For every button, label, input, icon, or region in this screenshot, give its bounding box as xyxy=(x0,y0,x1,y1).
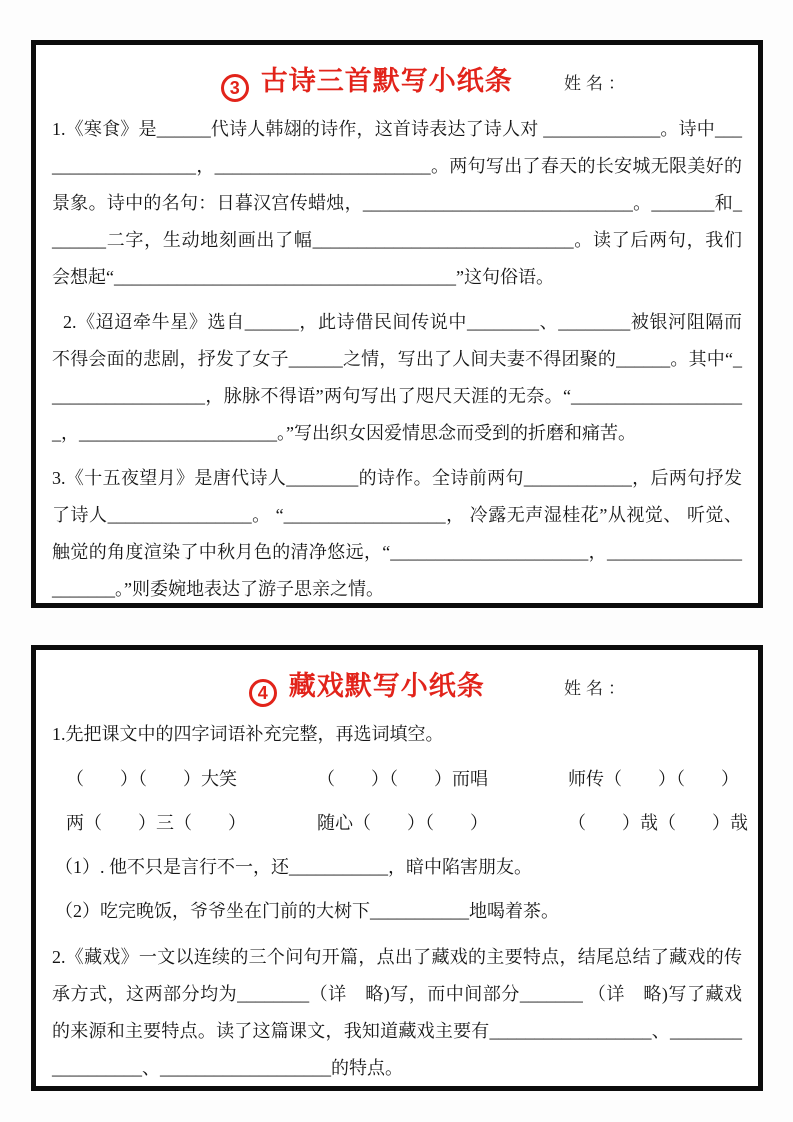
circled-number-3-badge: 3 xyxy=(221,74,249,102)
poems-title-text: 古诗三首默写小纸条 xyxy=(261,66,513,96)
section-opera-quiz: 4 藏戏默写小纸条 姓名： 1.先把课文中的四字词语补充完整，再选词填空。 （ … xyxy=(31,645,763,1091)
section-poems-quiz: 3 古诗三首默写小纸条 姓名： 1.《寒食》是______代诗人韩翃的诗作，这首… xyxy=(31,40,763,608)
word-blank-shi-chuan: 师传（ ）（ ） xyxy=(568,757,739,801)
opera-header: 4 藏戏默写小纸条 姓名： xyxy=(52,662,742,708)
word-blank-sui-xin: 随心（ ）（ ） xyxy=(317,801,568,845)
opera-subquestion-2: （2）吃完晚饭，爷爷坐在门前的大树下___________地喝着茶。 xyxy=(52,889,742,933)
opera-question-1-intro: 1.先把课文中的四字词语补充完整，再选词填空。 xyxy=(52,716,742,753)
poems-name-label: 姓名： xyxy=(564,69,630,94)
word-blank-da-xiao: （ ）（ ）大笑 xyxy=(66,757,317,801)
word-blank-er-chang: （ ）（ ）而唱 xyxy=(317,757,568,801)
circled-number-4-badge: 4 xyxy=(249,679,277,707)
opera-title-text: 藏戏默写小纸条 xyxy=(289,671,485,701)
word-blank-zai-zai: （ ）哉（ ）哉 xyxy=(568,801,748,845)
poems-header: 3 古诗三首默写小纸条 姓名： xyxy=(52,57,742,103)
opera-name-label: 姓名： xyxy=(564,674,630,699)
word-fill-row-1: （ ）（ ）大笑 （ ）（ ）而唱 师传（ ）（ ） xyxy=(52,757,742,801)
poems-question-3: 3.《十五夜望月》是唐代诗人________的诗作。全诗前两句_________… xyxy=(52,460,742,608)
poems-question-1: 1.《寒食》是______代诗人韩翃的诗作，这首诗表达了诗人对 ________… xyxy=(52,111,742,296)
opera-subquestion-1: （1）. 他不只是言行不一，还___________，暗中陷害朋友。 xyxy=(52,845,742,889)
word-blank-liang-san: 两（ ）三（ ） xyxy=(66,801,317,845)
worksheet-page: 3 古诗三首默写小纸条 姓名： 1.《寒食》是______代诗人韩翃的诗作，这首… xyxy=(0,0,793,1122)
poems-question-2: 2.《迢迢牵牛星》选自______，此诗借民间传说中________、_____… xyxy=(52,304,742,452)
opera-question-2: 2.《藏戏》一文以连续的三个问句开篇，点出了藏戏的主要特点，结尾总结了藏戏的传承… xyxy=(52,939,742,1087)
word-fill-row-2: 两（ ）三（ ） 随心（ ）（ ） （ ）哉（ ）哉 xyxy=(52,801,742,845)
